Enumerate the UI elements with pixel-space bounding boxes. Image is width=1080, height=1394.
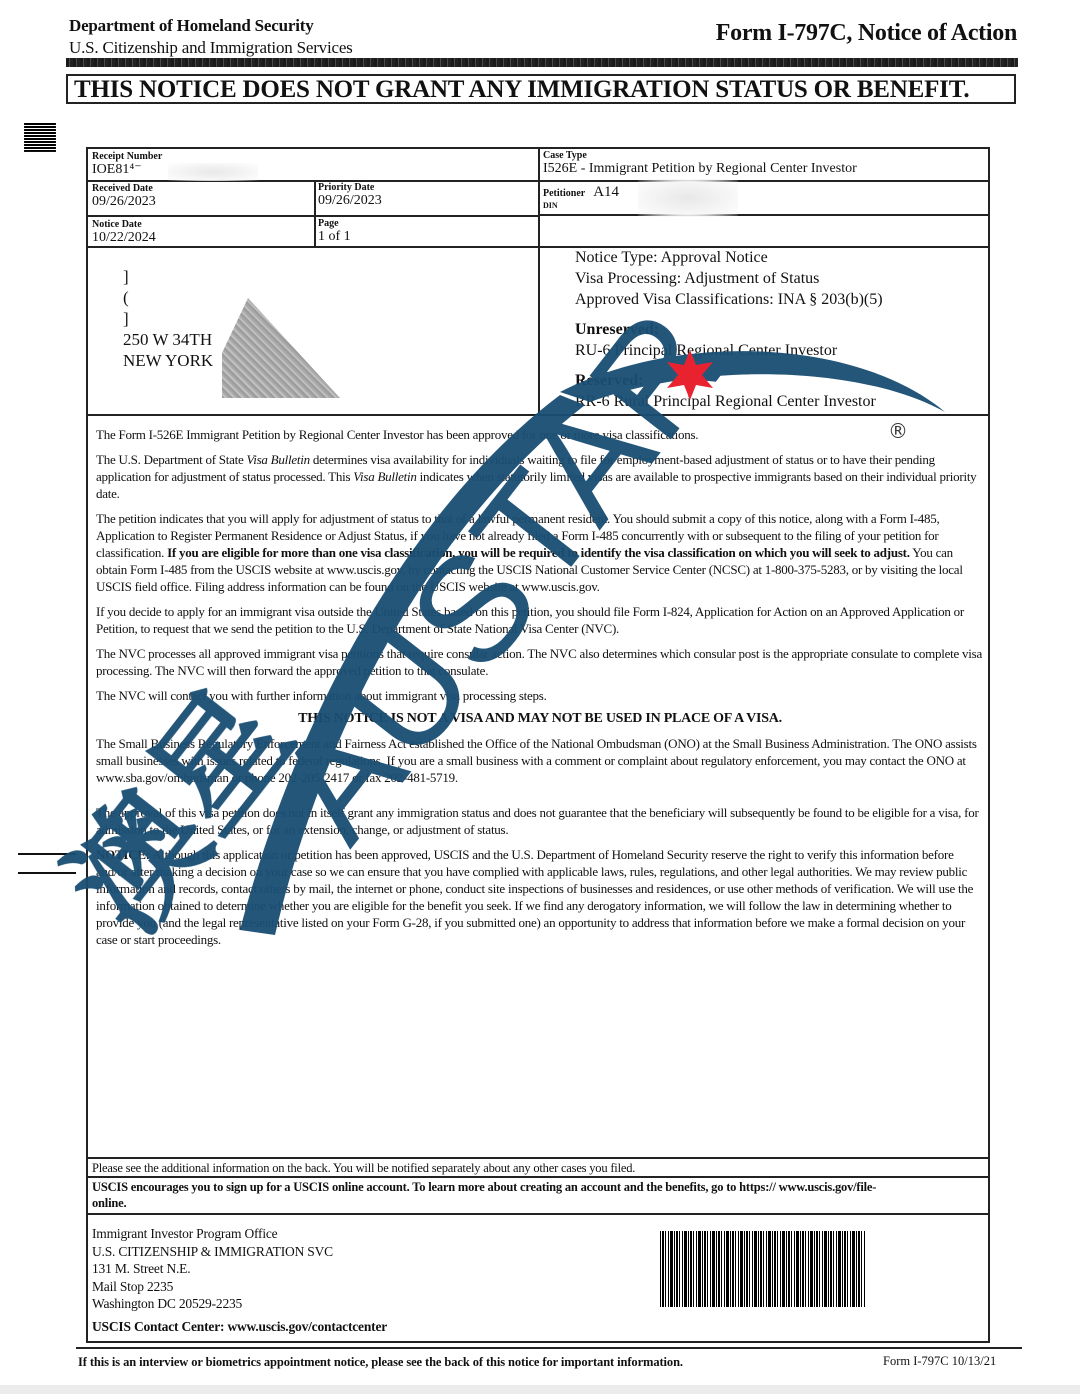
unreserved-value: RU-6 Principal Regional Center Investor [575, 340, 883, 361]
body-paragraph: If you decide to apply for an immigrant … [96, 603, 984, 637]
divider [88, 215, 538, 217]
notice-paragraph: NOTICE: Although this application or pet… [96, 846, 984, 948]
address-line: ] [123, 266, 213, 287]
page-value: 1 of 1 [318, 229, 351, 245]
contact-center-link[interactable]: USCIS Contact Center: www.uscis.gov/cont… [92, 1318, 387, 1336]
body-paragraph: The U.S. Department of State Visa Bullet… [96, 451, 984, 502]
margin-mark [18, 872, 76, 874]
notice-date-value: 10/22/2024 [92, 230, 156, 246]
datamatrix-code-icon [24, 122, 56, 152]
redaction-blur [168, 163, 258, 181]
bottom-divider [76, 1347, 1022, 1349]
office-address: Immigrant Investor Program Office U.S. C… [92, 1225, 333, 1313]
priority-date-value: 09/26/2023 [318, 193, 382, 209]
office-line: U.S. CITIZENSHIP & IMMIGRATION SVC [92, 1243, 333, 1261]
petitioner-second-line: DIN [543, 201, 619, 210]
petitioner-label: Petitioner [543, 188, 585, 199]
office-line: Mail Stop 2235 [92, 1278, 333, 1296]
status-banner: THIS NOTICE DOES NOT GRANT ANY IMMIGRATI… [66, 74, 1016, 104]
priority-date-field: Priority Date 09/26/2023 [318, 182, 382, 209]
address-line: NEW YORK [123, 350, 213, 371]
visa-processing: Visa Processing: Adjustment of Status [575, 268, 883, 289]
case-type-field: Case Type I526E - Immigrant Petition by … [543, 150, 857, 177]
body-paragraph: The petition indicates that you will app… [96, 510, 984, 595]
body-paragraph: The NVC processes all approved immigrant… [96, 645, 984, 679]
additional-info-note: Please see the additional information on… [92, 1161, 982, 1176]
department-name: Department of Homeland Security [69, 16, 314, 36]
not-a-visa-statement: THIS NOTICE IS NOT A VISA AND MAY NOT BE… [96, 710, 984, 727]
notice-date-field: Notice Date 10/22/2024 [92, 219, 156, 246]
agency-name: U.S. Citizenship and Immigration Service… [69, 38, 353, 58]
form-version: Form I-797C 10/13/21 [883, 1354, 996, 1369]
divider [88, 1213, 990, 1215]
notice-body: The Form I-526E Immigrant Petition by Re… [96, 426, 984, 956]
notice-form: Receipt Number IOE81⁴⁻ Case Type I526E -… [86, 147, 990, 1343]
page-field: Page 1 of 1 [318, 218, 351, 245]
header-band [66, 58, 1018, 67]
divider [88, 1176, 990, 1178]
page-label: Page [318, 218, 351, 229]
approved-classifications: Approved Visa Classifications: INA § 203… [575, 289, 883, 310]
receipt-number-label: Receipt Number [92, 151, 162, 162]
office-line: Immigrant Investor Program Office [92, 1225, 333, 1243]
form-title: Form I-797C, Notice of Action [716, 20, 1017, 47]
priority-date-label: Priority Date [318, 182, 382, 193]
divider [88, 180, 538, 182]
notice-details: Notice Type: Approval Notice Visa Proces… [575, 247, 883, 412]
divider [538, 214, 990, 216]
appointment-note: If this is an interview or biometrics ap… [78, 1355, 683, 1370]
divider [88, 414, 990, 416]
case-type-value: I526E - Immigrant Petition by Regional C… [543, 161, 857, 177]
body-paragraph: The Form I-526E Immigrant Petition by Re… [96, 426, 984, 443]
divider [314, 181, 316, 247]
receipt-number-value: IOE81⁴⁻ [92, 162, 162, 178]
petitioner-value: A14 [593, 184, 619, 200]
receipt-number-field: Receipt Number IOE81⁴⁻ [92, 151, 162, 178]
received-date-value: 09/26/2023 [92, 194, 156, 210]
reserved-value: RR-6 Rural Principal Regional Center Inv… [575, 391, 883, 412]
mailing-address: ] ( ] 250 W 34TH NEW YORK [123, 266, 213, 371]
body-paragraph: The approval of this visa petition does … [96, 804, 984, 838]
divider [538, 149, 540, 414]
reserved-label: Reserved: [575, 370, 883, 391]
address-line: 250 W 34TH [123, 329, 213, 350]
case-type-label: Case Type [543, 150, 857, 161]
body-paragraph: The NVC will contact you with further in… [96, 687, 984, 704]
body-paragraph: The Small Business Regulatory Enforcemen… [96, 735, 984, 786]
divider [538, 180, 990, 182]
office-line: 131 M. Street N.E. [92, 1260, 333, 1278]
received-date-label: Received Date [92, 183, 156, 194]
barcode-icon [660, 1231, 865, 1307]
redaction-blur [638, 179, 738, 217]
unreserved-label: Unreserved: [575, 319, 883, 340]
address-line: ] [123, 308, 213, 329]
online-account-note: USCIS encourages you to sign up for a US… [92, 1179, 902, 1211]
margin-mark [18, 853, 76, 855]
petitioner-field: Petitioner A14 DIN [543, 183, 619, 210]
notice-date-label: Notice Date [92, 219, 156, 230]
page-edge [0, 1385, 1080, 1394]
notice-type: Notice Type: Approval Notice [575, 247, 883, 268]
received-date-field: Received Date 09/26/2023 [92, 183, 156, 210]
address-line: ( [123, 287, 213, 308]
divider [88, 1157, 990, 1159]
office-line: Washington DC 20529-2235 [92, 1295, 333, 1313]
